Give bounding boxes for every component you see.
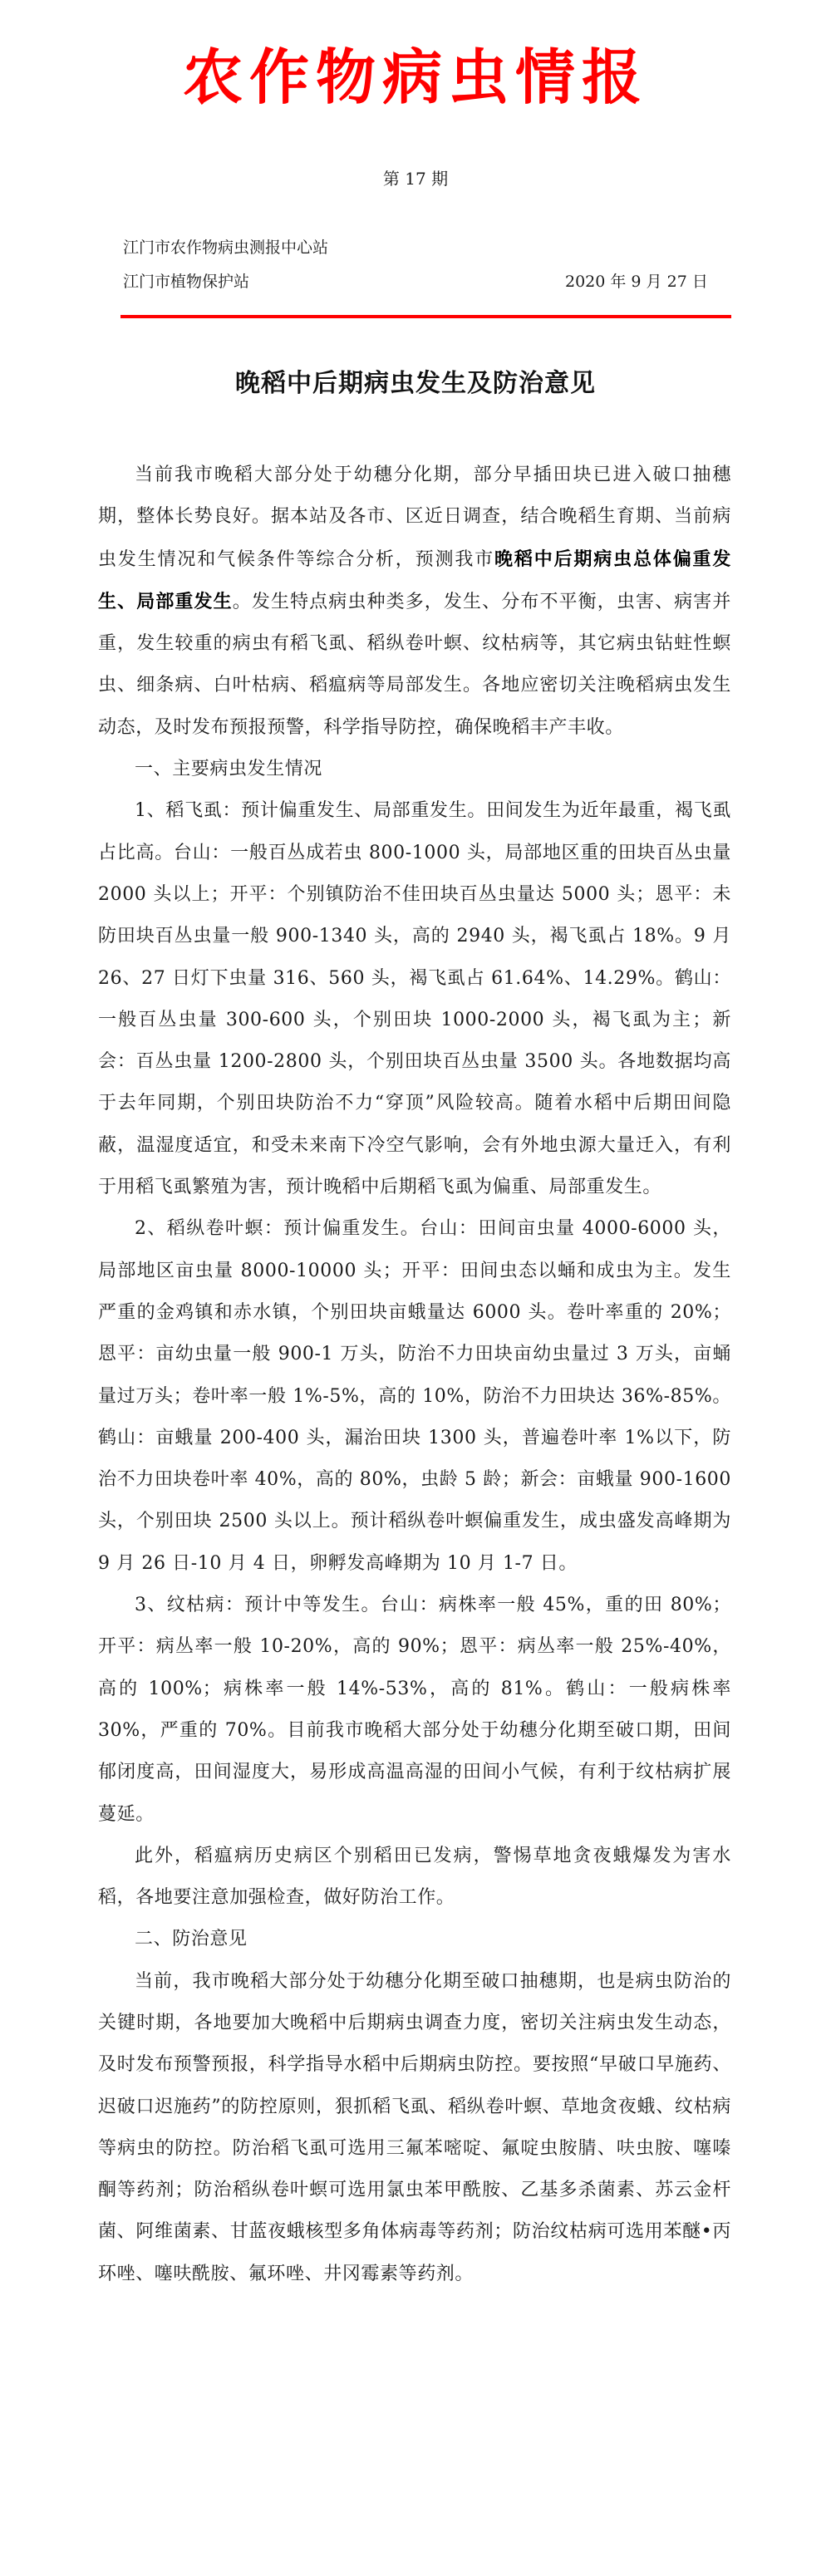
issuer-monitoring-center: 江门市农作物病虫测报中心站	[123, 236, 328, 259]
intro-paragraph: 当前我市晚稻大部分处于幼穗分化期，部分早插田块已进入破口抽穗期，整体长势良好。据…	[98, 455, 731, 749]
article-title: 晚稻中后期病虫发生及防治意见	[0, 366, 831, 402]
masthead-title: 农作物病虫情报	[0, 40, 831, 115]
paragraph-sheath-blight: 3、纹枯病：预计中等发生。台山：病株率一般 45%，重的田 80%；开平：病丛率…	[98, 1585, 731, 1836]
publish-date: 2020 年 9 月 27 日	[565, 270, 708, 293]
issue-number: 第 17 期	[0, 166, 831, 191]
paragraph-other-pests: 此外，稻瘟病历史病区个别稻田已发病，警惕草地贪夜蛾爆发为害水稻，各地要注意加强检…	[98, 1836, 731, 1920]
article-body: 当前我市晚稻大部分处于幼穗分化期，部分早插田块已进入破口抽穗期，整体长势良好。据…	[98, 455, 731, 2295]
intro-text-after: 。发生特点病虫种类多，发生、分布不平衡，虫害、病害并重，发生较重的病虫有稻飞虱、…	[98, 592, 731, 738]
issuer-plant-protection-station: 江门市植物保护站	[123, 270, 249, 293]
paragraph-control-advice: 当前，我市晚稻大部分处于幼穗分化期至破口抽穗期，也是病虫防治的关键时期，各地要加…	[98, 1961, 731, 2295]
header-divider	[120, 315, 731, 318]
section-heading-control: 二、防治意见	[98, 1919, 731, 1960]
paragraph-planthopper: 1、稻飞虱：预计偏重发生、局部重发生。田间发生为近年最重，褐飞虱占比高。台山：一…	[98, 790, 731, 1208]
paragraph-leaf-roller: 2、稻纵卷叶螟：预计偏重发生。台山：田间亩虫量 4000-6000 头，局部地区…	[98, 1208, 731, 1585]
section-heading-occurrence: 一、主要病虫发生情况	[98, 749, 731, 790]
